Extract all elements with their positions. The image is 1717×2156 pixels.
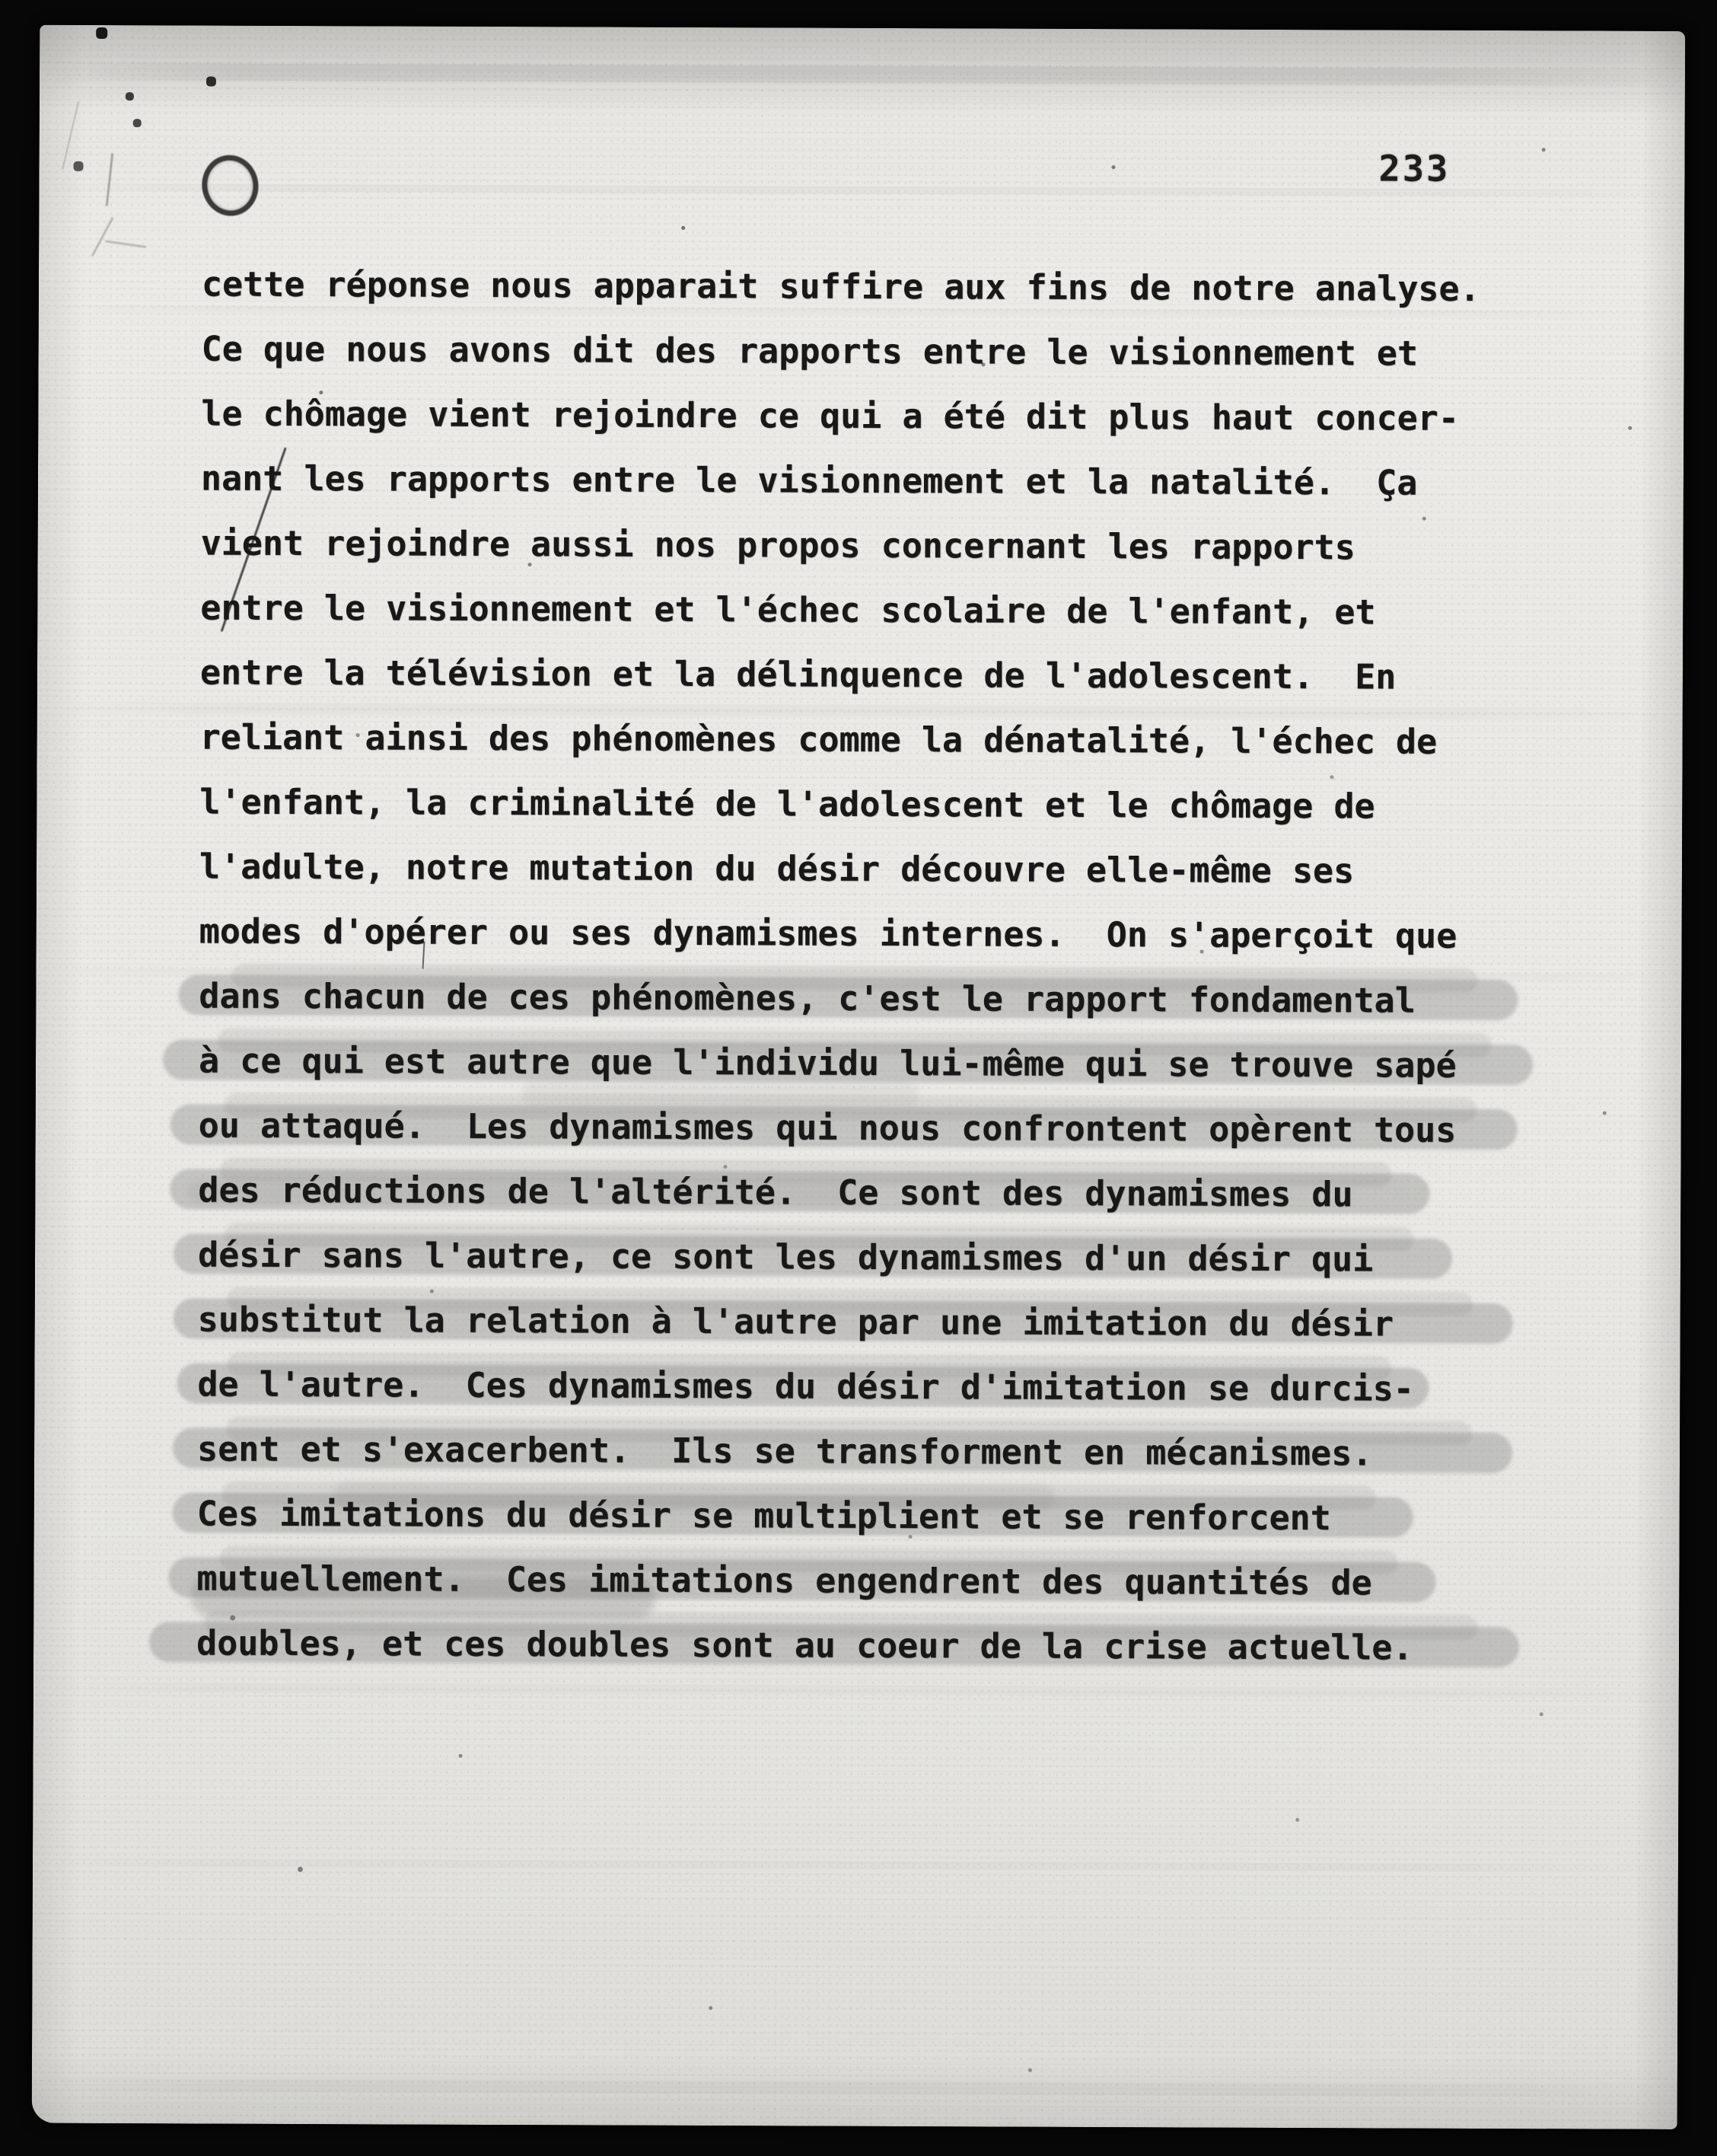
scan-streak	[33, 1858, 1678, 1872]
paper-sheet: 233 cette réponse nous apparait suffire …	[32, 25, 1686, 2129]
text-line: modes d'opérer ou ses dynamismes interne…	[199, 899, 1539, 969]
text-line-content: désir sans l'autre, ce sont les dynamism…	[198, 1234, 1373, 1279]
text-line: des réductions de l'altérité. Ce sont de…	[198, 1157, 1537, 1227]
text-line-content: entre le visionnement et l'échec scolair…	[200, 588, 1375, 633]
text-line: de l'autre. Ces dynamismes du désir d'im…	[197, 1351, 1537, 1421]
pencil-scribble-mark	[62, 101, 79, 170]
text-line: doubles, et ces doubles sont au coeur de…	[196, 1610, 1536, 1680]
text-line: mutuellement. Ces imitations engendrent …	[196, 1545, 1536, 1615]
text-line: cette réponse nous apparait suffire aux …	[202, 252, 1541, 322]
pencil-scribble-mark	[91, 217, 114, 257]
text-line: dans chacun de ces phénomènes, c'est le …	[199, 964, 1538, 1034]
text-line-content: ou attaqué. Les dynamismes qui nous conf…	[199, 1105, 1457, 1150]
text-line: entre le visionnement et l'échec scolair…	[200, 576, 1540, 646]
text-line: ou attaqué. Les dynamismes qui nous conf…	[199, 1092, 1538, 1163]
page-number: 233	[1378, 148, 1450, 190]
scan-streak	[40, 63, 1685, 86]
scan-streak	[33, 1683, 1679, 1698]
text-line: nant les rapports entre le visionnement …	[201, 446, 1540, 516]
text-line-content: reliant ainsi des phénomènes comme la dé…	[200, 717, 1438, 762]
text-line-content: le chômage vient rejoindre ce qui a été …	[201, 394, 1459, 439]
text-line: vient rejoindre aussi nos propos concern…	[200, 511, 1540, 581]
text-line-content: modes d'opérer ou ses dynamismes interne…	[199, 911, 1457, 956]
text-line: Ce que nous avons dit des rapports entre…	[201, 317, 1540, 387]
scan-streak	[32, 2079, 1677, 2097]
text-line-content: cette réponse nous apparait suffire aux …	[202, 264, 1480, 309]
text-line-content: dans chacun de ces phénomènes, c'est le …	[199, 976, 1416, 1021]
text-line-content: l'adulte, notre mutation du désir découv…	[199, 847, 1354, 891]
text-line-content: sent et s'exacerbent. Ils se transformen…	[197, 1428, 1372, 1473]
text-line: entre la télévision et la délinquence de…	[200, 640, 1540, 710]
scanned-page-view: 233 cette réponse nous apparait suffire …	[0, 0, 1717, 2156]
text-line-content: vient rejoindre aussi nos propos concern…	[201, 523, 1355, 568]
text-line: substitut la relation à l'autre par une …	[198, 1287, 1537, 1357]
circle-mark-icon	[197, 151, 263, 220]
text-line-content: nant les rapports entre le visionnement …	[201, 458, 1418, 503]
pencil-scribble-mark	[105, 240, 146, 248]
text-line: à ce qui est autre que l'individu lui-mê…	[199, 1028, 1538, 1098]
text-line-content: de l'autre. Ces dynamismes du désir d'im…	[197, 1363, 1414, 1408]
dust-specks	[40, 25, 42, 27]
text-line-content: doubles, et ces doubles sont au coeur de…	[196, 1622, 1413, 1667]
text-line: l'enfant, la criminalité de l'adolescent…	[199, 770, 1539, 840]
text-line-content: l'enfant, la criminalité de l'adolescent…	[199, 782, 1375, 827]
text-line: désir sans l'autre, ce sont les dynamism…	[198, 1222, 1537, 1292]
text-line-content: Ces imitations du désir se multiplient e…	[197, 1493, 1331, 1538]
text-line-content: Ce que nous avons dit des rapports entre…	[202, 329, 1419, 374]
body-text: cette réponse nous apparait suffire aux …	[196, 252, 1541, 1681]
text-line: reliant ainsi des phénomènes comme la dé…	[199, 705, 1539, 775]
text-line-content: mutuellement. Ces imitations engendrent …	[196, 1558, 1371, 1603]
text-line: Ces imitations du désir se multiplient e…	[197, 1481, 1537, 1551]
text-line: le chômage vient rejoindre ce qui a été …	[201, 381, 1540, 451]
text-line-content: substitut la relation à l'autre par une …	[198, 1299, 1394, 1344]
text-line: sent et s'exacerbent. Ils se transformen…	[197, 1416, 1537, 1486]
text-line-content: des réductions de l'altérité. Ce sont de…	[198, 1169, 1352, 1214]
text-line-content: à ce qui est autre que l'individu lui-mê…	[199, 1040, 1457, 1085]
pencil-scribble-mark	[106, 153, 114, 206]
text-line-content: entre la télévision et la délinquence de…	[200, 652, 1397, 697]
text-line: l'adulte, notre mutation du désir découv…	[199, 834, 1539, 904]
